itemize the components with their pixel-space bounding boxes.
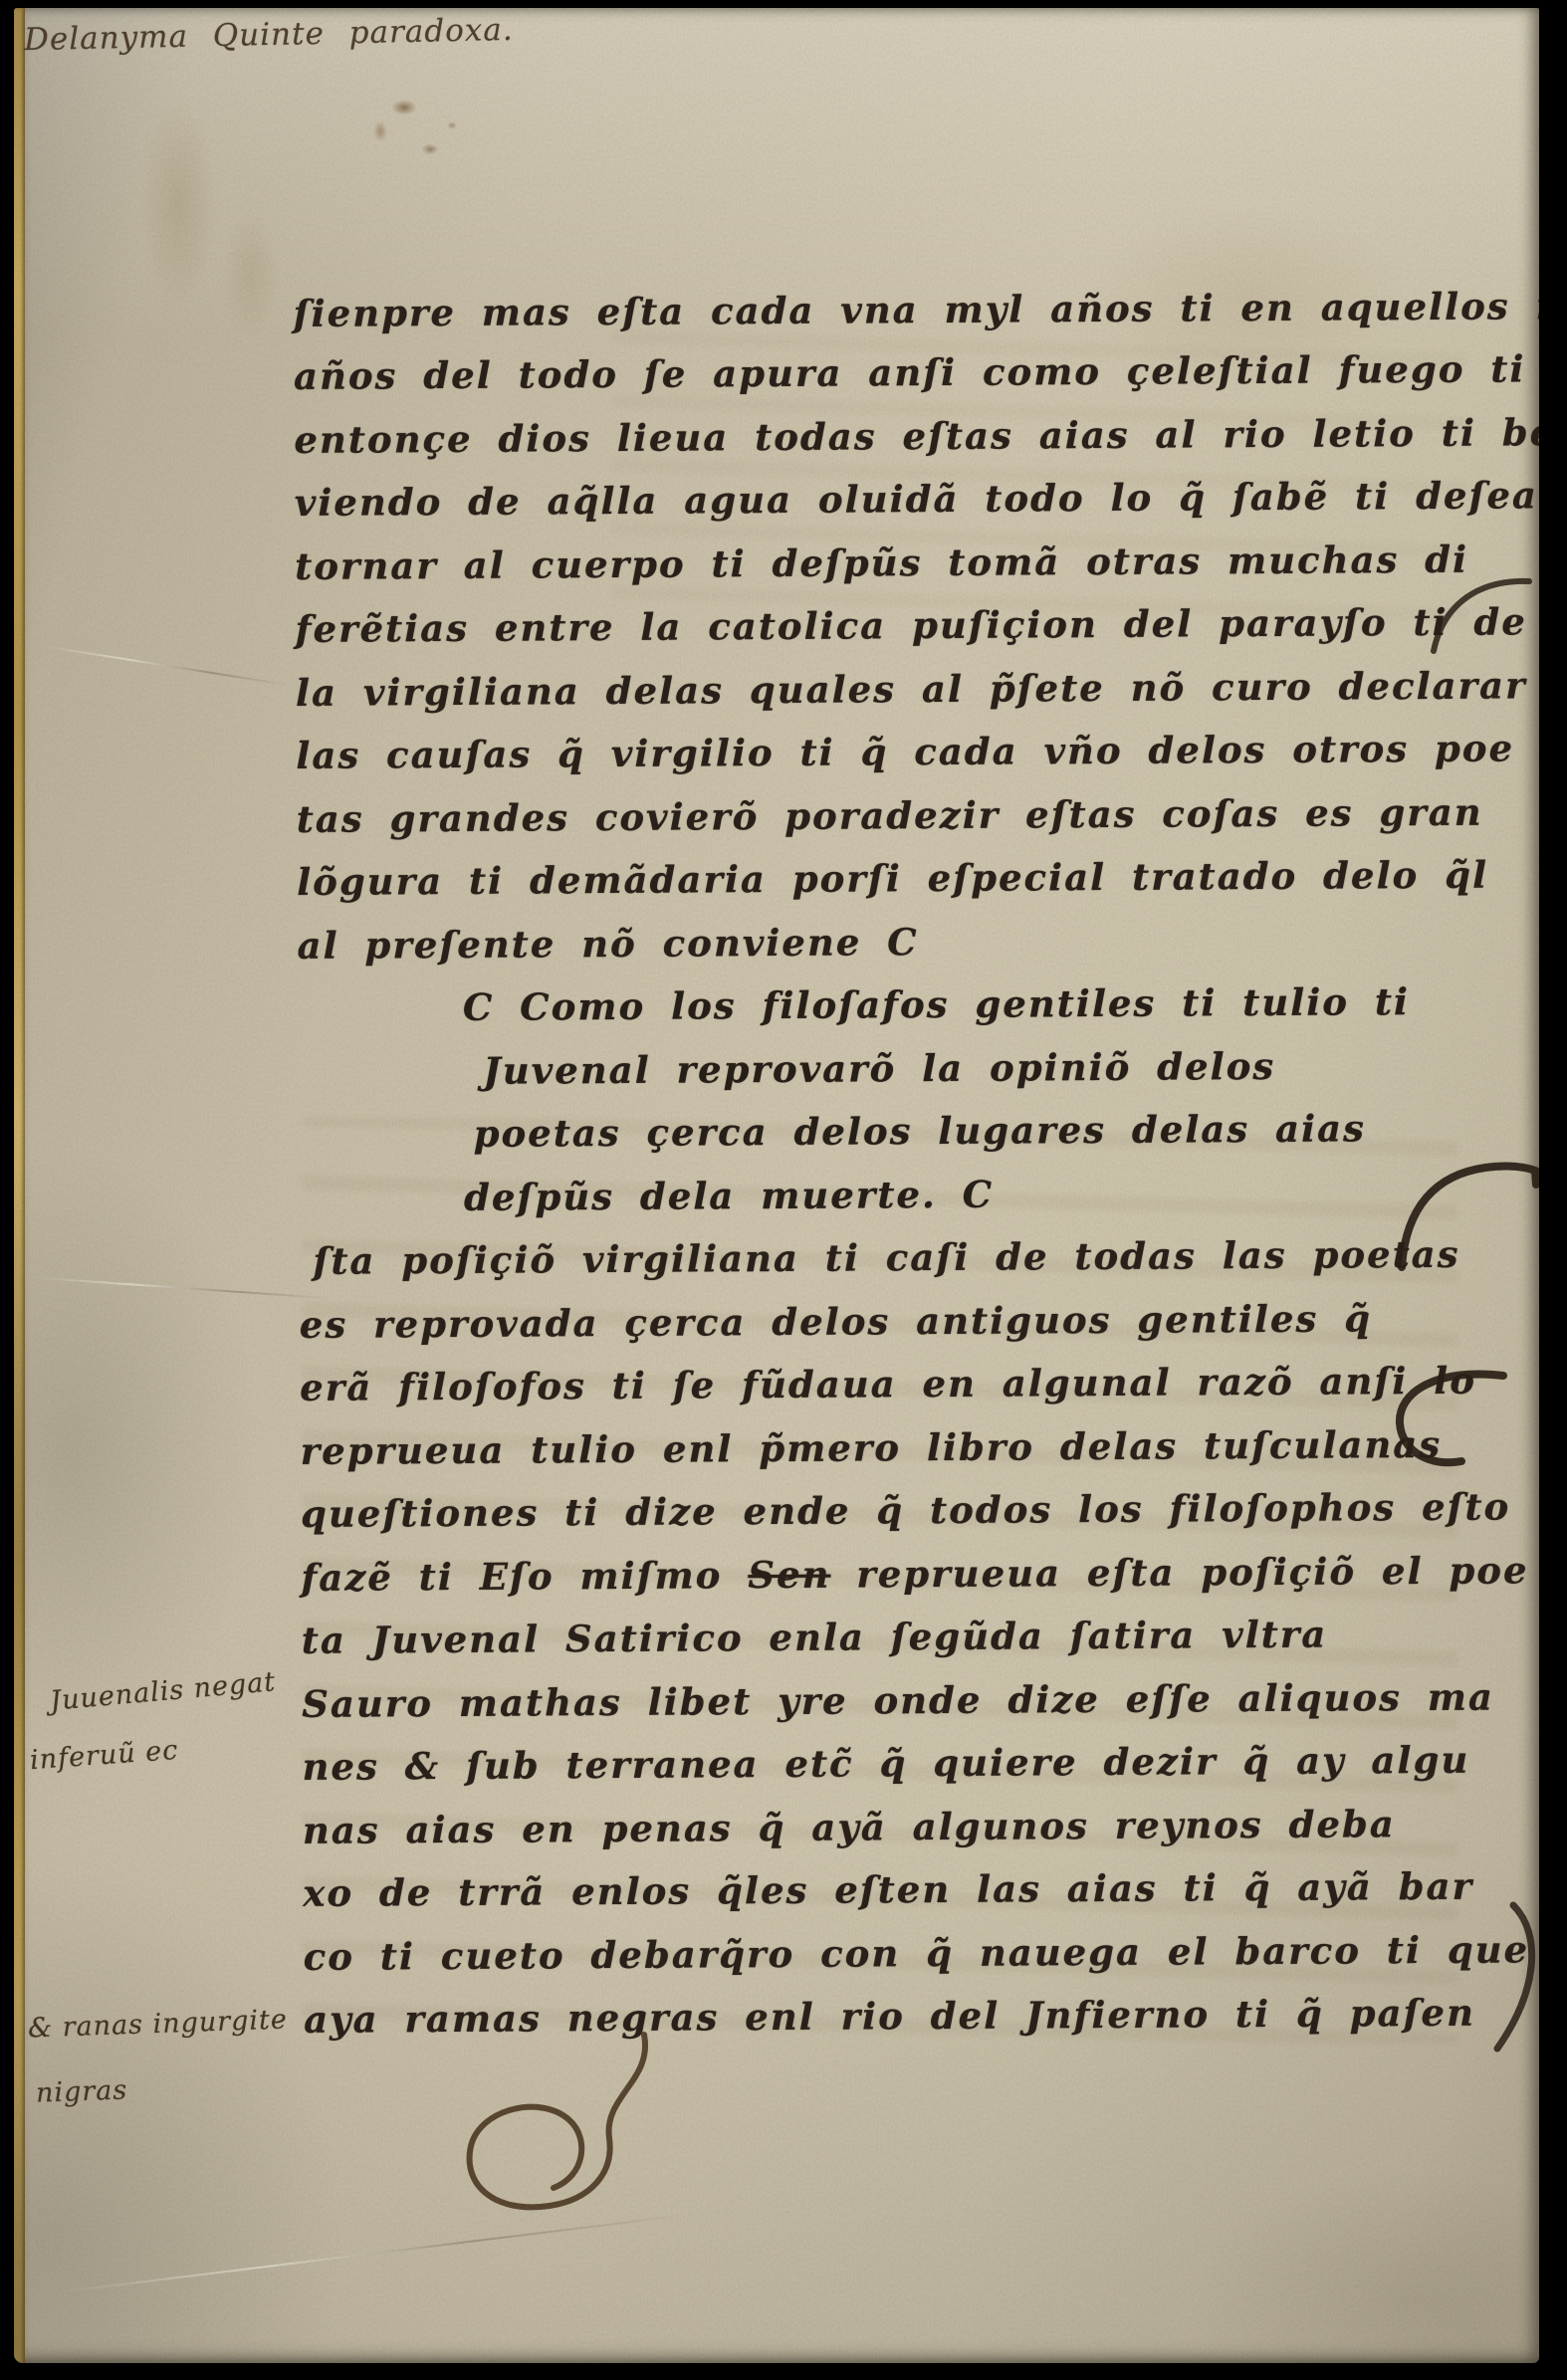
main-text-line: ferẽtias entre la catolica puſiçion del … [295,601,1527,649]
chapter-heading-line: Juvenal reprovarõ la opiniõ delos [483,1046,1275,1092]
chapter-heading-line: deſpũs dela muerte. C [464,1175,994,1218]
main-text-line: viendo de aq̃lla agua oluidã todo lo q̃ … [295,475,1539,523]
manuscript-photo-frame: Delanyma Quinte paradoxa. Juuenalis nega… [0,0,1567,2380]
main-text-line: es reprovada çerca delos antiguos gentil… [300,1298,1372,1345]
main-text-line: erã filoſofos ti ſe fũdaua en algunal ra… [300,1361,1476,1408]
chapter-heading-line: poetas çerca delos lugares delas aias [474,1108,1366,1154]
main-text-line: reprueua tulio enl p̃mero libro delas tu… [300,1424,1442,1472]
main-text-line: años del todo ſe apura anſi como çeleſti… [294,348,1526,396]
main-text-line: al preſente nõ conviene C [297,922,918,966]
main-text-line: las cauſas q̃ virgilio ti q̃ cada vño de… [296,728,1514,775]
main-text-line: tornar al cuerpo ti deſpũs tomã otras mu… [295,540,1468,587]
main-text-line: xo de trrã enlos q̃les eſten las aias ti… [303,1866,1473,1914]
main-text-line: ſta poſiçiõ virgiliana ti caſi de todas … [313,1234,1459,1282]
main-text-line: ſienpre mas eſta cada vna myl años ti en… [294,286,1539,334]
main-text-line: Sauro mathas libet yre onde dize eſſe al… [302,1677,1494,1725]
main-text-line-with-strikeout: fazẽ ti Eſo miſmo Sen reprueua eſta poſi… [301,1550,1528,1598]
text-block: ſienpre mas eſta cada vna myl años ti en… [14,8,1539,2363]
main-text-line: la virgiliana delas quales al p̃ſete nõ … [296,665,1527,713]
main-text-line: nes & ſub terranea etc̃ q̃ quiere dezir … [302,1740,1469,1788]
main-text-line: co ti cueto debarq̃ro con q̃ nauega el b… [304,1929,1530,1977]
struck-word: Sen [748,1553,830,1598]
main-text-line: aya ramas negras enl rio del Jnfierno ti… [304,1993,1475,2041]
main-text-line: tas grandes covierõ poradezir eſtas coſa… [297,792,1483,840]
strike-line-pre: fazẽ ti Eſo miſmo [301,1553,748,1600]
main-text-line: lõgura ti demãdaria porſi eſpecial trata… [297,855,1488,903]
strike-line-post: reprueua eſta poſiçiõ el poe [830,1548,1528,1596]
main-text-line: ta Juvenal Satirico enla ſegũda ſatira v… [302,1615,1328,1661]
main-text-line: entonçe dios lieua todas eſtas aias al r… [294,412,1539,460]
main-text-line: queſtiones ti dize ende q̃ todos los fil… [301,1487,1510,1535]
parchment-page: Delanyma Quinte paradoxa. Juuenalis nega… [14,8,1539,2363]
main-text-line: nas aias en penas q̃ ayã algunos reynos … [303,1804,1396,1850]
chapter-heading-line: C Como los filoſafos gentiles ti tulio t… [463,981,1410,1027]
